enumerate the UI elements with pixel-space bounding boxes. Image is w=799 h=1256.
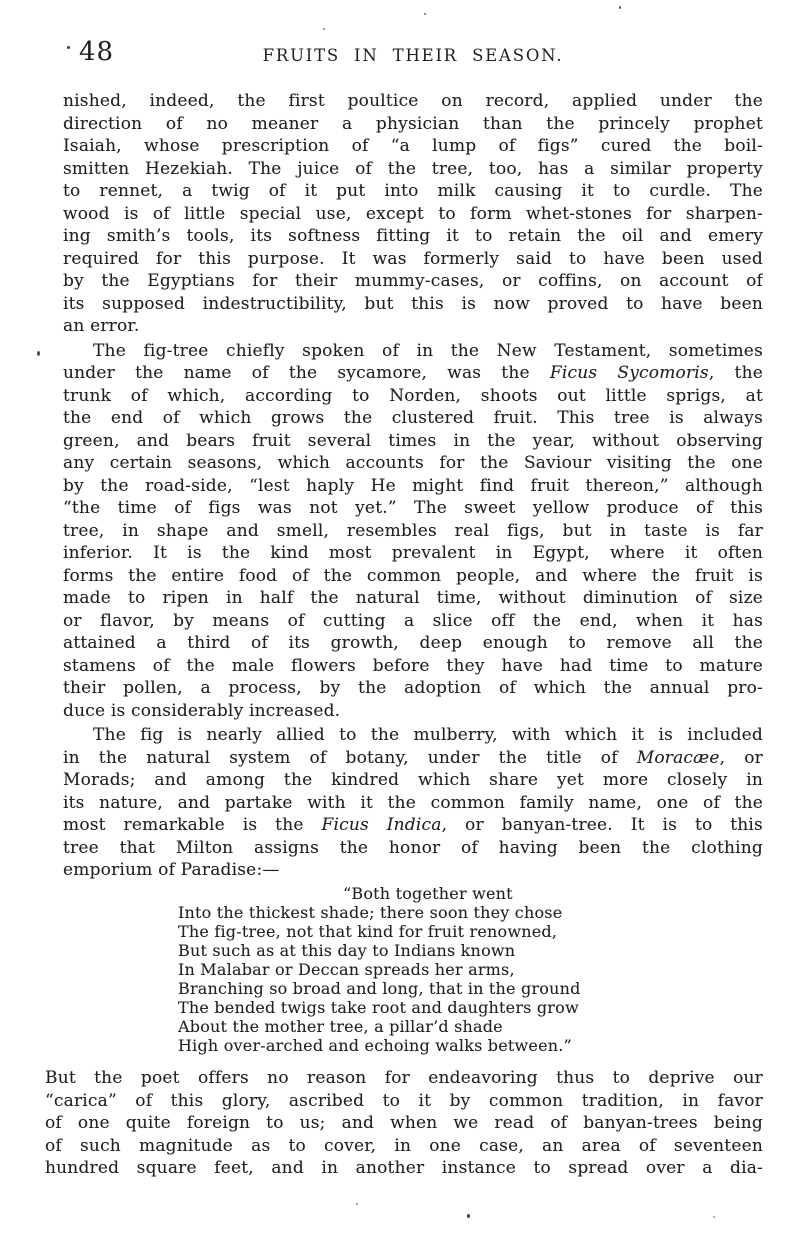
- text-line: its supposed indestructibility, but this…: [63, 293, 763, 316]
- text-line: tree that Milton assigns the honor of ha…: [63, 837, 763, 860]
- text-line: But the poet offers no reason for endeav…: [45, 1067, 763, 1090]
- scan-speckle: [467, 1214, 470, 1218]
- text-line: trunk of which, according to Norden, sho…: [63, 385, 763, 408]
- text-line: Morads; and among the kindred which shar…: [63, 769, 763, 792]
- text-line: nished, indeed, the first poultice on re…: [63, 90, 763, 113]
- poem-line: Branching so broad and long, that in the…: [178, 979, 763, 998]
- text-line: made to ripen in half the natural time, …: [63, 587, 763, 610]
- text-line: by the Egyptians for their mummy-cases, …: [63, 270, 763, 293]
- paragraph-but-the-poet: But the poet offers no reason for endeav…: [45, 1067, 763, 1180]
- text-line: their pollen, a process, by the adoption…: [63, 677, 763, 700]
- poem-line: But such as at this day to Indians known: [178, 941, 763, 960]
- text-line: of one quite foreign to us; and when we …: [45, 1112, 763, 1135]
- poem-line: In Malabar or Deccan spreads her arms,: [178, 960, 763, 979]
- text-line: attained a third of its growth, deep eno…: [63, 632, 763, 655]
- text-line: any certain seasons, which accounts for …: [63, 452, 763, 475]
- text-line: “carica” of this glory, ascribed to it b…: [45, 1090, 763, 1113]
- text-line: “the time of figs was not yet.” The swee…: [63, 497, 763, 520]
- text-line: under the name of the sycamore, was the …: [63, 362, 763, 385]
- text-line: inferior. It is the kind most prevalent …: [63, 542, 763, 565]
- text-line: its nature, and partake with it the comm…: [63, 792, 763, 815]
- scan-speckle: [713, 1216, 715, 1218]
- text-line: direction of no meaner a physician than …: [63, 113, 763, 136]
- poem-line: “Both together went: [178, 884, 763, 903]
- text-line: of such magnitude as to cover, in one ca…: [45, 1135, 763, 1158]
- text-line: hundred square feet, and in another inst…: [45, 1157, 763, 1180]
- text-line: emporium of Paradise:—: [63, 859, 763, 882]
- text-line: an error.: [63, 315, 763, 338]
- poem-line: The fig-tree, not that kind for fruit re…: [178, 922, 763, 941]
- text-line: ing smith’s tools, its softness fitting …: [63, 225, 763, 248]
- paragraph-fig-mulberry-banyan: The fig is nearly allied to the mulberry…: [63, 724, 763, 882]
- poem-line: High over-arched and echoing walks betwe…: [178, 1036, 763, 1055]
- scan-speckle: [619, 6, 621, 9]
- scan-speckle: [323, 28, 325, 30]
- page-body-text: nished, indeed, the first poultice on re…: [63, 90, 763, 1180]
- text-line: smitten Hezekiah. The juice of the tree,…: [63, 158, 763, 181]
- scan-speckle: [356, 1203, 358, 1205]
- text-line: required for this purpose. It was former…: [63, 248, 763, 271]
- text-line: wood is of little special use, except to…: [63, 203, 763, 226]
- page-number: 48: [79, 37, 114, 67]
- text-line: green, and bears fruit several times in …: [63, 430, 763, 453]
- paragraph-fig-tree-new-testament: The fig-tree chiefly spoken of in the Ne…: [63, 340, 763, 723]
- text-line: tree, in shape and smell, resembles real…: [63, 520, 763, 543]
- text-line: or flavor, by means of cutting a slice o…: [63, 610, 763, 633]
- poem-milton-quote: “Both together wentInto the thickest sha…: [178, 884, 763, 1055]
- text-line: forms the entire food of the common peop…: [63, 565, 763, 588]
- text-line: stamens of the male flowers before they …: [63, 655, 763, 678]
- scan-speckle: [37, 351, 40, 356]
- text-line: most remarkable is the Ficus Indica, or …: [63, 814, 763, 837]
- text-line: The fig-tree chiefly spoken of in the Ne…: [63, 340, 763, 363]
- text-line: in the natural system of botany, under t…: [63, 747, 763, 770]
- text-line: the end of which grows the clustered fru…: [63, 407, 763, 430]
- poem-line: The bended twigs take root and daughters…: [178, 998, 763, 1017]
- scan-speckle: [424, 13, 426, 15]
- page-header: 48 FRUITS IN THEIR SEASON.: [63, 40, 763, 70]
- poem-line: Into the thickest shade; there soon they…: [178, 903, 763, 922]
- scan-speckle: [67, 46, 70, 49]
- poem-line: About the mother tree, a pillar’d shade: [178, 1017, 763, 1036]
- book-page-scan: 48 FRUITS IN THEIR SEASON. nished, indee…: [0, 0, 799, 1256]
- paragraph-poultice-continuation: nished, indeed, the first poultice on re…: [63, 90, 763, 338]
- running-title: FRUITS IN THEIR SEASON.: [63, 40, 763, 65]
- text-line: to rennet, a twig of it put into milk ca…: [63, 180, 763, 203]
- text-line: duce is considerably increased.: [63, 700, 763, 723]
- text-line: Isaiah, whose prescription of “a lump of…: [63, 135, 763, 158]
- text-line: The fig is nearly allied to the mulberry…: [63, 724, 763, 747]
- text-line: by the road-side, “lest haply He might f…: [63, 475, 763, 498]
